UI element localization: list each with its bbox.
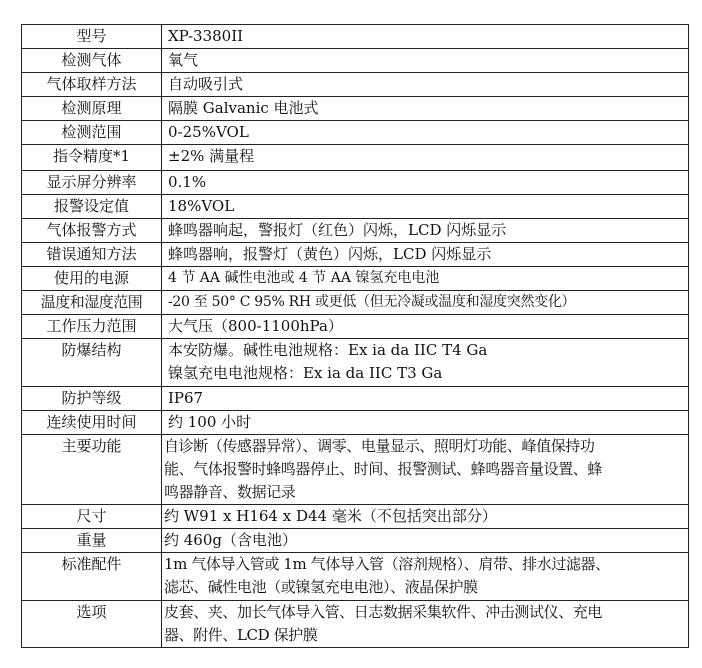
row-value: 本安防爆。碱性电池规格：Ex ia da IIC T4 Ga 镍氢充电电池规格：… xyxy=(162,339,689,387)
value-line: 隔膜 Galvanic 电池式 xyxy=(168,97,686,120)
row-value: 1m 气体导入管或 1m 气体导入管（溶剂规格）、肩带、排水过滤器、 滤芯、碱性… xyxy=(162,553,689,601)
value-line: 自动吸引式 xyxy=(168,73,686,96)
row-value: 约 W91 x H164 x D44 毫米（不包括突出部分） xyxy=(162,505,689,529)
table-row: 重量 约 460g（含电池） xyxy=(22,529,689,553)
table-row: 主要功能 自诊断（传感器异常）、调零、电量显示、照明灯功能、峰值保持功 能、气体… xyxy=(22,435,689,505)
row-label: 工作压力范围 xyxy=(22,315,162,339)
row-label: 型号 xyxy=(22,25,162,49)
value-line: 18%VOL xyxy=(168,195,686,218)
row-label: 标准配件 xyxy=(22,553,162,601)
row-label: 检测气体 xyxy=(22,49,162,73)
row-value: 0.1% xyxy=(162,171,689,195)
table-row: 报警设定值 18%VOL xyxy=(22,195,689,219)
table-row: 显示屏分辨率 0.1% xyxy=(22,171,689,195)
row-label: 检测范围 xyxy=(22,121,162,145)
value-line: 自诊断（传感器异常）、调零、电量显示、照明灯功能、峰值保持功 xyxy=(164,435,686,458)
row-value: 蜂鸣器响起，警报灯（红色）闪烁，LCD 闪烁显示 xyxy=(162,219,689,243)
row-value: 皮套、夹、加长气体导入管、日志数据采集软件、冲击测试仪、充电 器、附件、LCD … xyxy=(162,601,689,648)
row-label: 错误通知方法 xyxy=(22,243,162,267)
table-row: 温度和湿度范围 -20 至 50° C 95% RH 或更低（但无冷凝或温度和湿… xyxy=(22,291,689,315)
table-row: 指令精度*1 ±2% 满量程 xyxy=(22,145,689,171)
table-row: 防爆结构 本安防爆。碱性电池规格：Ex ia da IIC T4 Ga 镍氢充电… xyxy=(22,339,689,387)
table-row: 选项 皮套、夹、加长气体导入管、日志数据采集软件、冲击测试仪、充电 器、附件、L… xyxy=(22,601,689,648)
table-row: 气体报警方式 蜂鸣器响起，警报灯（红色）闪烁，LCD 闪烁显示 xyxy=(22,219,689,243)
table-row: 错误通知方法 蜂鸣器响，报警灯（黄色）闪烁，LCD 闪烁显示 xyxy=(22,243,689,267)
value-line: 约 100 小时 xyxy=(168,411,686,434)
row-value: 自诊断（传感器异常）、调零、电量显示、照明灯功能、峰值保持功 能、气体报警时蜂鸣… xyxy=(162,435,689,505)
row-label: 气体报警方式 xyxy=(22,219,162,243)
row-value: 蜂鸣器响，报警灯（黄色）闪烁，LCD 闪烁显示 xyxy=(162,243,689,267)
table-row: 检测气体 氧气 xyxy=(22,49,689,73)
value-line: 鸣器静音、数据记录 xyxy=(164,481,686,504)
value-line: 蜂鸣器响起，警报灯（红色）闪烁，LCD 闪烁显示 xyxy=(168,219,686,242)
row-label: 指令精度*1 xyxy=(22,145,162,171)
value-line: 滤芯、碱性电池（或镍氢充电电池）、液晶保护膜 xyxy=(164,576,686,599)
table-row: 标准配件 1m 气体导入管或 1m 气体导入管（溶剂规格）、肩带、排水过滤器、 … xyxy=(22,553,689,601)
row-label: 气体取样方法 xyxy=(22,73,162,97)
row-value: 4 节 AA 碱性电池或 4 节 AA 镍氢充电电池 xyxy=(162,267,689,291)
specification-table: 型号 XP-3380II 检测气体 氧气 气体取样方法 自动吸引式 检测原理 隔… xyxy=(21,24,689,648)
row-label: 报警设定值 xyxy=(22,195,162,219)
value-line: 氧气 xyxy=(168,49,686,72)
value-line: 本安防爆。碱性电池规格：Ex ia da IIC T4 Ga xyxy=(168,339,686,362)
value-line: 约 460g（含电池） xyxy=(164,529,686,552)
value-line: -20 至 50° C 95% RH 或更低（但无冷凝或温度和湿度突然变化） xyxy=(168,291,686,314)
row-label: 选项 xyxy=(22,601,162,648)
specification-table-body: 型号 XP-3380II 检测气体 氧气 气体取样方法 自动吸引式 检测原理 隔… xyxy=(22,25,689,648)
table-row: 气体取样方法 自动吸引式 xyxy=(22,73,689,97)
row-value: 隔膜 Galvanic 电池式 xyxy=(162,97,689,121)
value-line: IP67 xyxy=(168,387,686,410)
row-label: 显示屏分辨率 xyxy=(22,171,162,195)
table-row: 使用的电源 4 节 AA 碱性电池或 4 节 AA 镍氢充电电池 xyxy=(22,267,689,291)
value-line: ±2% 满量程 xyxy=(168,145,686,168)
table-row: 工作压力范围 大气压（800-1100hPa） xyxy=(22,315,689,339)
table-row: 检测范围 0-25%VOL xyxy=(22,121,689,145)
row-value: 氧气 xyxy=(162,49,689,73)
value-line: 器、附件、LCD 保护膜 xyxy=(164,624,686,647)
value-line: 4 节 AA 碱性电池或 4 节 AA 镍氢充电电池 xyxy=(168,267,686,290)
row-value: 大气压（800-1100hPa） xyxy=(162,315,689,339)
row-value: -20 至 50° C 95% RH 或更低（但无冷凝或温度和湿度突然变化） xyxy=(162,291,689,315)
row-label: 使用的电源 xyxy=(22,267,162,291)
row-value: IP67 xyxy=(162,387,689,411)
row-value: XP-3380II xyxy=(162,25,689,49)
table-row: 型号 XP-3380II xyxy=(22,25,689,49)
row-label: 连续使用时间 xyxy=(22,411,162,435)
row-value: ±2% 满量程 xyxy=(162,145,689,171)
value-line: 皮套、夹、加长气体导入管、日志数据采集软件、冲击测试仪、充电 xyxy=(164,601,686,624)
table-row: 防护等级 IP67 xyxy=(22,387,689,411)
row-value: 约 100 小时 xyxy=(162,411,689,435)
value-line: 1m 气体导入管或 1m 气体导入管（溶剂规格）、肩带、排水过滤器、 xyxy=(164,553,686,576)
row-label: 检测原理 xyxy=(22,97,162,121)
value-line: 镍氢充电电池规格：Ex ia da IIC T3 Ga xyxy=(168,362,686,385)
row-value: 18%VOL xyxy=(162,195,689,219)
row-label: 主要功能 xyxy=(22,435,162,505)
row-value: 自动吸引式 xyxy=(162,73,689,97)
value-line: 能、气体报警时蜂鸣器停止、时间、报警测试、蜂鸣器音量设置、蜂 xyxy=(164,458,686,481)
row-value: 约 460g（含电池） xyxy=(162,529,689,553)
row-label: 温度和湿度范围 xyxy=(22,291,162,315)
value-line: 大气压（800-1100hPa） xyxy=(168,315,686,338)
table-row: 检测原理 隔膜 Galvanic 电池式 xyxy=(22,97,689,121)
value-line: 0-25%VOL xyxy=(168,121,686,144)
row-label: 防护等级 xyxy=(22,387,162,411)
table-row: 尺寸 约 W91 x H164 x D44 毫米（不包括突出部分） xyxy=(22,505,689,529)
table-row: 连续使用时间 约 100 小时 xyxy=(22,411,689,435)
row-label: 防爆结构 xyxy=(22,339,162,387)
value-line: 蜂鸣器响，报警灯（黄色）闪烁，LCD 闪烁显示 xyxy=(168,243,686,266)
value-line: XP-3380II xyxy=(168,25,686,48)
row-label: 重量 xyxy=(22,529,162,553)
row-value: 0-25%VOL xyxy=(162,121,689,145)
value-line: 0.1% xyxy=(168,171,686,194)
row-label: 尺寸 xyxy=(22,505,162,529)
value-line: 约 W91 x H164 x D44 毫米（不包括突出部分） xyxy=(164,505,686,528)
